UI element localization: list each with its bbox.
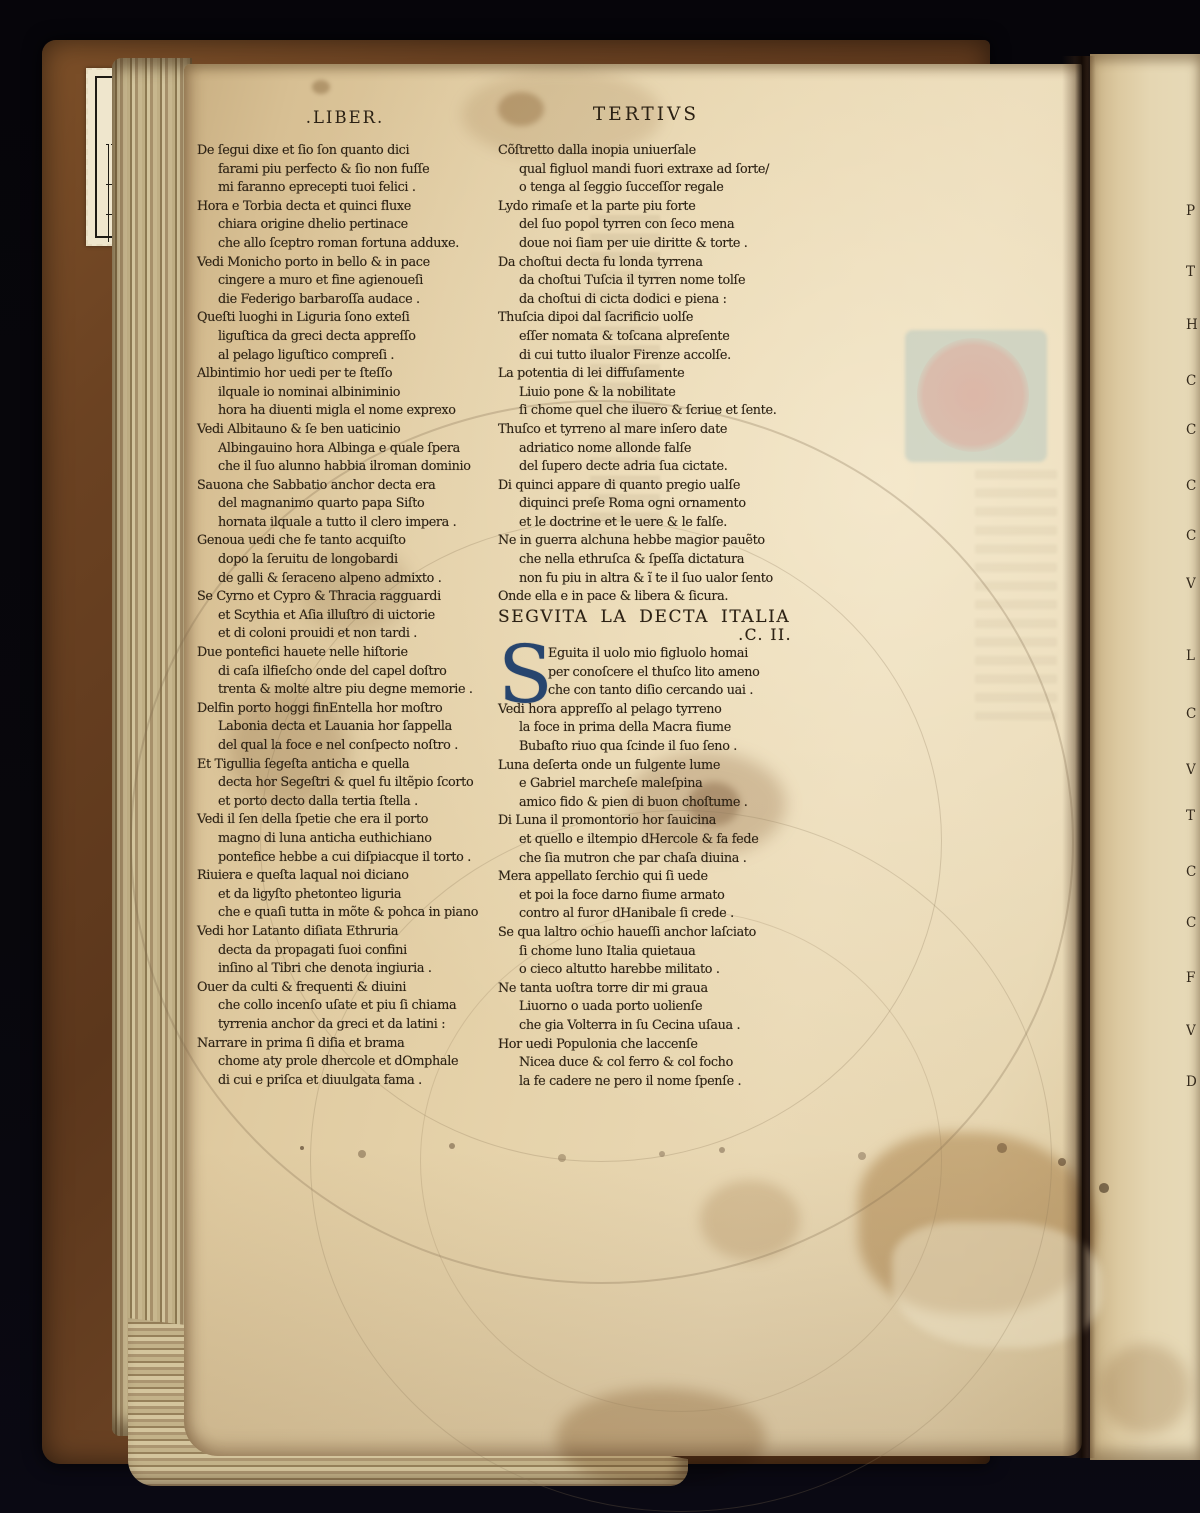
tercet: Se Cyrno et Cypro & Thracia ragguardiet … — [197, 588, 497, 644]
verse-line: liguſtica da greci decta appreſſo — [197, 328, 497, 347]
verse-line: Bubaſto riuo qua ſcinde il ſuo ſeno . — [498, 738, 798, 757]
verse-line: Ne tanta uoſtra torre dir mi graua — [498, 980, 798, 999]
verse-line: Sauona che Sabbatio anchor decta era — [197, 477, 497, 496]
running-head-liber: .LIBER. — [195, 108, 495, 127]
tercet: Delfin porto hoggi finEntella hor moſtro… — [197, 700, 497, 756]
verse-line: la fe cadere ne pero il nome ſpenſe . — [498, 1073, 798, 1092]
verse-line: che collo incenſo uſate et piu ſi chiama — [197, 997, 497, 1016]
verse-line: del ſuo popol tyrren con ſeco mena — [498, 216, 798, 235]
verse-line: che e quaſi tutta in mõte & pohca in pia… — [197, 904, 497, 923]
verse-line: e Gabriel marcheſe maleſpina — [498, 775, 798, 794]
tercet: De ſegui dixe et ſio ſon quanto dicifara… — [197, 142, 497, 198]
tercet: Hora e Torbia decta et quinci fluxechiar… — [197, 198, 497, 254]
verse-line: et poi la foce darno fiume armato — [498, 887, 798, 906]
verse-line: o cieco altutto harebbe militato . — [498, 961, 798, 980]
facing-page-line-start: C — [1186, 915, 1200, 931]
tercet: Narrare in prima ſi diſia et bramachome … — [197, 1035, 497, 1091]
running-head-tertius: TERTIVS — [496, 104, 796, 125]
verse-line: Liuorno o uada porto uolienſe — [498, 998, 798, 1017]
tercet: Vedi hor Latanto diſiata Ethruriadecta d… — [197, 923, 497, 979]
tercet: Ouer da culti & frequenti & diuiniche co… — [197, 979, 497, 1035]
verse-line: Se Cyrno et Cypro & Thracia ragguardi — [197, 588, 497, 607]
verse-line: Luna deſerta onde un fulgente lume — [498, 757, 798, 776]
facing-page-line-start: C — [1186, 373, 1200, 389]
tercet: Due pontefici hauete nelle hiſtoriedi ca… — [197, 644, 497, 700]
verse-line: che allo ſceptro roman fortuna adduxe. — [197, 235, 497, 254]
verse-line: Et Tigullia ſegeſta anticha e quella — [197, 756, 497, 775]
facing-page-line-start: D — [1186, 1074, 1200, 1090]
facing-page-line-start: L — [1186, 648, 1200, 664]
verse-line: Onde ella e in pace & libera & ſicura. — [498, 588, 798, 607]
verse-line: Vedi Monicho porto in bello & in pace — [197, 254, 497, 273]
tercet: Luna deſerta onde un fulgente lumee Gabr… — [498, 757, 798, 813]
verse-line: doue noi ſiam per uie diritte & torte . — [498, 235, 798, 254]
verse-line: hora ha diuenti migla el nome exprexo — [197, 402, 497, 421]
verse-line: eſſer nomata & toſcana alpreſente — [498, 328, 798, 347]
verse-line: Cõſtretto dalla inopia uniuerſale — [498, 142, 798, 161]
verse-line: Hora e Torbia decta et quinci fluxe — [197, 198, 497, 217]
verse-column-right: Cõſtretto dalla inopia uniuerſalequal fi… — [498, 142, 798, 1091]
facing-page-line-start: H — [1186, 317, 1200, 333]
drop-cap-initial: S — [498, 645, 548, 699]
tercet: Da choſtui decta fu londa tyrrenada choſ… — [498, 254, 798, 310]
verse-line: non fu piu in altra & ĩ te il ſuo ualor … — [498, 570, 798, 589]
verse-line: dopo la ſeruitu de longobardi — [197, 551, 497, 570]
verse-line: et di coloni prouidi et non tardi . — [197, 625, 497, 644]
tercet: Thuſcia dipoi dal ſacrificio uolſeeſſer … — [498, 309, 798, 365]
facing-page-line-start: C — [1186, 528, 1200, 544]
verse-line: Vedi hor Latanto diſiata Ethruria — [197, 923, 497, 942]
facing-page-line-start: V — [1186, 762, 1200, 778]
gutter-shadow — [1062, 56, 1096, 1458]
verse-line: chiara origine dhelio pertinace — [197, 216, 497, 235]
verse-line: del qual la foce e nel conſpecto noſtro … — [197, 737, 497, 756]
facing-page-line-start: V — [1186, 1023, 1200, 1039]
verse-line: decta da propagati ſuoi confini — [197, 942, 497, 961]
verse-line: magno di luna anticha euthichiano — [197, 830, 497, 849]
verse-line: die Federigo barbaroſſa audace . — [197, 291, 497, 310]
verse-line: Vedi Albitauno & ſe ben uaticinio — [197, 421, 497, 440]
verse-line: o tenga al ſeggio ſucceſſor regale — [498, 179, 798, 198]
verse-line: Labonia decta et Lauania hor ſappella — [197, 718, 497, 737]
verse-line: de galli & ſeraceno alpeno admixto . — [197, 570, 497, 589]
verse-line: Ouer da culti & frequenti & diuini — [197, 979, 497, 998]
verse-line: Delfin porto hoggi finEntella hor moſtro — [197, 700, 497, 719]
verse-line: Riuiera e queſta laqual noi diciano — [197, 867, 497, 886]
verse-line: che gia Volterra in ſu Cecina uſaua . — [498, 1017, 798, 1036]
verse-line: contro al furor dHanibale ſi crede . — [498, 905, 798, 924]
verse-line: Nicea duce & col ferro & col focho — [498, 1054, 798, 1073]
verse-line: et quello e iltempio dHercole & fa fede — [498, 831, 798, 850]
verse-line: Thuſcia dipoi dal ſacrificio uolſe — [498, 309, 798, 328]
tercet: Lydo rimaſe et la parte piu fortedel ſuo… — [498, 198, 798, 254]
verse-line: Albingauino hora Albinga e quale ſpera — [197, 440, 497, 459]
verse-line: amico fido & pien di buon choſtume . — [498, 794, 798, 813]
facing-page-line-start: C — [1186, 864, 1200, 880]
tercet: Thuſco et tyrreno al mare inſero dateadr… — [498, 421, 798, 477]
verse-line: Liuio pone & la nobilitate — [498, 384, 798, 403]
verse-line: Genoua uedi che fe tanto acquiſto — [197, 532, 497, 551]
verse-line: Thuſco et tyrreno al mare inſero date — [498, 421, 798, 440]
tercet: Et Tigullia ſegeſta anticha e quelladect… — [197, 756, 497, 812]
facing-page-sliver: PTHCCCCVLCVTCCFVD — [1090, 54, 1200, 1460]
verse-line: che nella ethruſca & ſpeſſa dictatura — [498, 551, 798, 570]
foxing-specks — [300, 1146, 304, 1150]
tercet: Di Luna il promontorio hor ſauicinaet qu… — [498, 812, 798, 868]
facing-page-line-start: C — [1186, 478, 1200, 494]
verse-line: Se qua laltro ochio haueſſi anchor laſci… — [498, 924, 798, 943]
verse-line: et Scythia et Aſia illuſtro di uictorie — [197, 607, 497, 626]
facing-page-line-start: P — [1186, 203, 1200, 219]
verse-line: hornata ilquale a tutto il clero impera … — [197, 514, 497, 533]
tercet: Genoua uedi che fe tanto acquiſtodopo la… — [197, 532, 497, 588]
verse-line: ſi chome quel che iluero & ſcriue et ſen… — [498, 402, 798, 421]
facing-page-line-start: V — [1186, 576, 1200, 592]
verse-line: La potentia di lei diffuſamente — [498, 365, 798, 384]
tercet: Vedi Monicho porto in bello & in pacecin… — [197, 254, 497, 310]
verse-line: Hor uedi Populonia che laccenſe — [498, 1036, 798, 1055]
verse-line: trenta & molte altre piu degne memorie . — [197, 681, 497, 700]
book-photo-scene: AC DEL .LIBER. TERTIVS De ſegui dixe et … — [0, 0, 1200, 1513]
verse-line: Ne in guerra alchuna hebbe magior pauẽto — [498, 532, 798, 551]
verse-line: adriatico nome allonde falſe — [498, 440, 798, 459]
verse-line: mi faranno eprecepti tuoi felici . — [197, 179, 497, 198]
facing-page-line-start: C — [1186, 422, 1200, 438]
verse-line: Di quinci appare di quanto pregio ualſe — [498, 477, 798, 496]
tercet: Cõſtretto dalla inopia uniuerſalequal fi… — [498, 142, 798, 198]
tercet: Ne in guerra alchuna hebbe magior pauẽto… — [498, 532, 798, 588]
verse-line: Di Luna il promontorio hor ſauicina — [498, 812, 798, 831]
verse-line: ilquale io nominai albiniminio — [197, 384, 497, 403]
facing-page-line-start: T — [1186, 264, 1200, 280]
tercet: La potentia di lei diffuſamenteLiuio pon… — [498, 365, 798, 421]
tercet: Sauona che Sabbatio anchor decta eradel … — [197, 477, 497, 533]
verse-line: et le doctrine et le uere & le falſe. — [498, 514, 798, 533]
verse-line: Lydo rimaſe et la parte piu forte — [498, 198, 798, 217]
tercet: Vedi il ſen della ſpetie che era il port… — [197, 811, 497, 867]
tercet: SEguita il uolo mio figluolo homaiper co… — [498, 645, 798, 701]
verse-line: inſino al Tibri che denota ingiuria . — [197, 960, 497, 979]
stain — [1100, 1344, 1190, 1434]
verse-line: da choſtui Tuſcia il tyrren nome tolſe — [498, 272, 798, 291]
verse-line: et da ligyſto phetonteo liguria — [197, 886, 497, 905]
tercet: Di quinci appare di quanto pregio ualſed… — [498, 477, 798, 533]
verse-line: che il ſuo alunno habbia ilroman dominio — [197, 458, 497, 477]
verse-line: Due pontefici hauete nelle hiſtorie — [197, 644, 497, 663]
verse-line: decta hor Segeſtri & quel fu iltẽpio ſco… — [197, 774, 497, 793]
verse-line: al pelago liguſtico compreſi . — [197, 347, 497, 366]
page-edges-left — [112, 58, 192, 1436]
facing-page-line-start: T — [1186, 808, 1200, 824]
verse-line: di cui e priſca et diuulgata fama . — [197, 1072, 497, 1091]
verse-line: Narrare in prima ſi diſia et brama — [197, 1035, 497, 1054]
verse-line: ſi chome luno Italia quietaua — [498, 943, 798, 962]
verse-line: di cui tutto ilualor Firenze accolſe. — [498, 347, 798, 366]
verse-line: chome aty prole dhercole et dOmphale — [197, 1053, 497, 1072]
verse-line: Queſti luoghi in Liguria ſono exteſi — [197, 309, 497, 328]
tercet: Vedi Albitauno & ſe ben uaticinioAlbinga… — [197, 421, 497, 477]
tercet: Albintimio hor uedi per te ſteſſoilquale… — [197, 365, 497, 421]
verse-line: Mera appellato ſerchio qui ſi uede — [498, 868, 798, 887]
verse-column-left: De ſegui dixe et ſio ſon quanto dicifara… — [197, 142, 497, 1090]
initial-showthrough-circle — [917, 338, 1029, 452]
tercet: Se qua laltro ochio haueſſi anchor laſci… — [498, 924, 798, 980]
verse-line: De ſegui dixe et ſio ſon quanto dici — [197, 142, 497, 161]
verse-line: del ſupero decte adria ſua cictate. — [498, 458, 798, 477]
label-rule — [108, 144, 109, 242]
verse-line: diquinci preſe Roma ogni ornamento — [498, 495, 798, 514]
verse-line: da choſtui di cicta dodici e piena : — [498, 291, 798, 310]
tercet: Mera appellato ſerchio qui ſi uedeet poi… — [498, 868, 798, 924]
tercet: Ne tanta uoſtra torre dir mi grauaLiuorn… — [498, 980, 798, 1036]
facing-page-line-start: F — [1186, 970, 1200, 986]
section-heading: SEGVITA LA DECTA ITALIA — [498, 608, 798, 627]
verse-line: Da choſtui decta fu londa tyrrena — [498, 254, 798, 273]
verse-line: di caſa ilfieſcho onde del capel doſtro — [197, 663, 497, 682]
verse-line: pontefice hebbe a cui diſpiacque il tort… — [197, 849, 497, 868]
tercet: Riuiera e queſta laqual noi dicianoet da… — [197, 867, 497, 923]
verse-line: Albintimio hor uedi per te ſteſſo — [197, 365, 497, 384]
verse-line: tyrrenia anchor da greci et da latini : — [197, 1016, 497, 1035]
verse-line: la foce in prima della Macra fiume — [498, 719, 798, 738]
verse-line: et porto decto dalla tertia ſtella . — [197, 793, 497, 812]
verse-line: che ſia mutron che par chaſa diuina . — [498, 850, 798, 869]
verse-line: del magnanimo quarto papa Siſto — [197, 495, 497, 514]
tercet: Queſti luoghi in Liguria ſono exteſiligu… — [197, 309, 497, 365]
facing-page-line-start: C — [1186, 706, 1200, 722]
tercet: Hor uedi Populonia che laccenſeNicea duc… — [498, 1036, 798, 1092]
verse-line: qual figluol mandi fuori extraxe ad ſort… — [498, 161, 798, 180]
verse-line: cingere a muro et fine agienoueſi — [197, 272, 497, 291]
verse-line: Vedi il ſen della ſpetie che era il port… — [197, 811, 497, 830]
verse-line: farami piu perfecto & ſio non fuſſe — [197, 161, 497, 180]
